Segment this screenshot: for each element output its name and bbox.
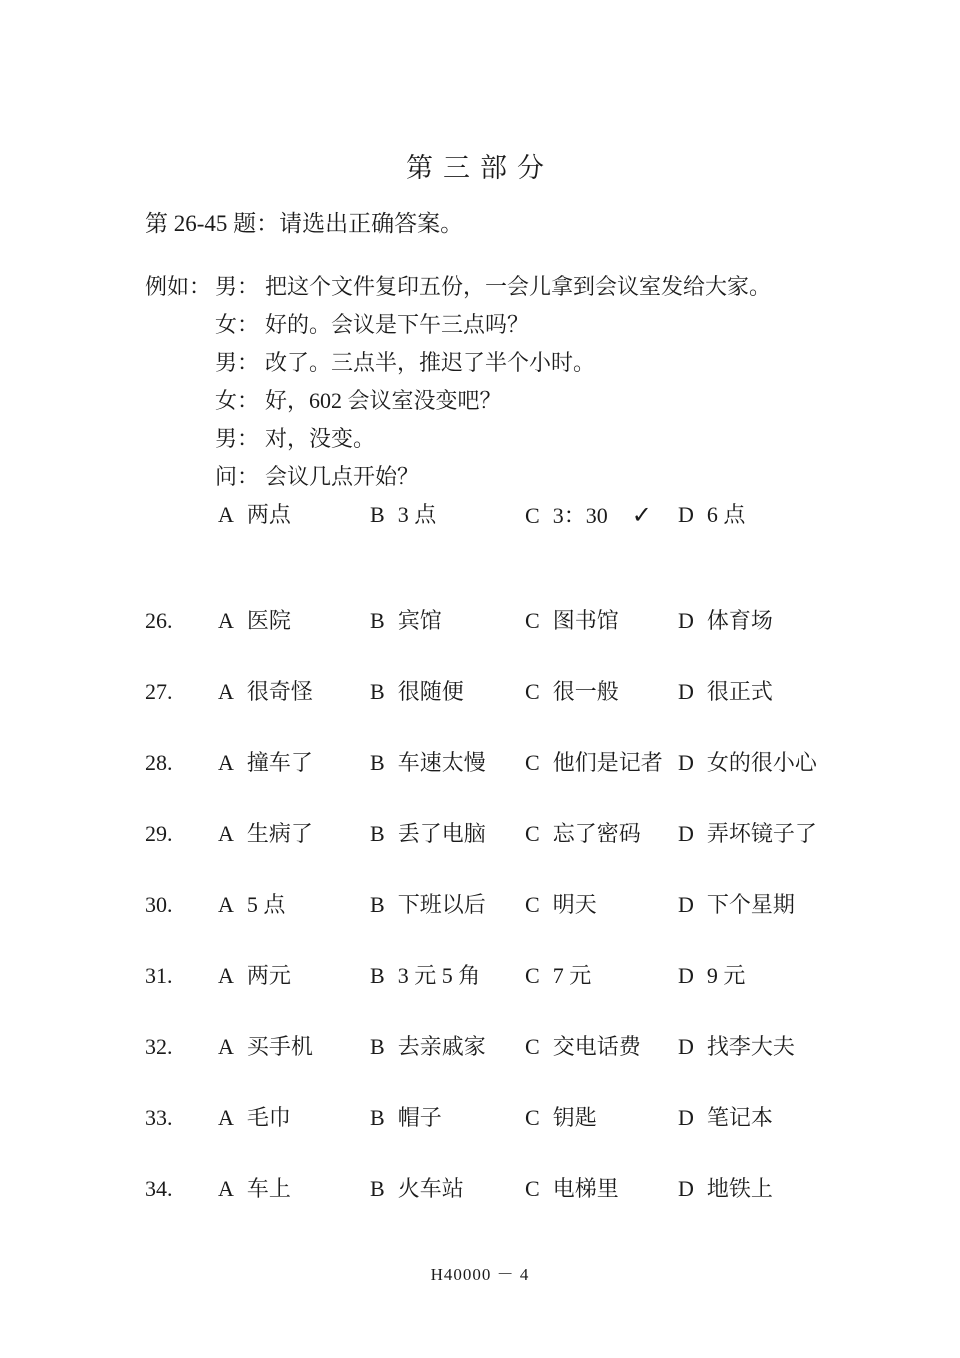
option-text: 下班以后 (398, 892, 486, 917)
option-text: 地铁上 (707, 1176, 773, 1201)
option-text: 下个星期 (707, 892, 795, 917)
option-text: 撞车了 (247, 750, 313, 775)
option-text: 医院 (247, 608, 291, 633)
question-number: 34. (145, 1174, 218, 1204)
question-row: 28. A撞车了 B车速太慢 C他们是记者 D女的很小心 (145, 748, 960, 778)
option-d: D很正式 (678, 677, 773, 707)
question-number: 29. (145, 819, 218, 849)
option-d: D笔记本 (678, 1103, 773, 1133)
option-letter: D (678, 502, 694, 527)
option-b: B去亲戚家 (370, 1032, 525, 1062)
dialogue-line: 问：会议几点开始？ (145, 458, 960, 496)
option-c: C交电话费 (525, 1032, 678, 1062)
option-text: 明天 (553, 892, 597, 917)
option-d: D找李大夫 (678, 1032, 795, 1062)
option-letter: D (678, 892, 694, 917)
option-d: D弄坏镜子了 (678, 819, 817, 849)
option-letter: D (678, 1176, 694, 1201)
option-a: A毛巾 (218, 1103, 370, 1133)
option-c: C电梯里 (525, 1174, 678, 1204)
option-text: 钥匙 (553, 1105, 597, 1130)
option-text: 两点 (247, 502, 291, 527)
example-block: 例如：男：把这个文件复印五份，一会儿拿到会议室发给大家。 女：好的。会议是下午三… (145, 268, 960, 535)
dialogue-text: 对，没变。 (265, 426, 375, 451)
option-text: 6 点 (707, 502, 746, 527)
option-c: C图书馆 (525, 606, 678, 636)
option-letter: A (218, 1034, 234, 1059)
option-c: C忘了密码 (525, 819, 678, 849)
option-text: 他们是记者 (553, 750, 663, 775)
option-text: 很一般 (553, 679, 619, 704)
option-letter: A (218, 821, 234, 846)
option-letter: C (525, 1105, 540, 1130)
option-a: A两点 (218, 496, 370, 535)
option-text: 体育场 (707, 608, 773, 633)
question-number: 31. (145, 961, 218, 991)
option-text: 5 点 (247, 892, 286, 917)
option-letter: C (525, 892, 540, 917)
question-row: 32. A买手机 B去亲戚家 C交电话费 D找李大夫 (145, 1032, 960, 1062)
option-text: 找李大夫 (707, 1034, 795, 1059)
option-b: B丢了电脑 (370, 819, 525, 849)
option-text: 笔记本 (707, 1105, 773, 1130)
option-text: 图书馆 (553, 608, 619, 633)
speaker-label: 男： (215, 426, 259, 451)
option-letter: B (370, 963, 385, 988)
option-text: 车上 (247, 1176, 291, 1201)
option-letter: B (370, 750, 385, 775)
option-text: 3 元 5 角 (398, 963, 481, 988)
option-letter: D (678, 963, 694, 988)
option-letter: B (370, 892, 385, 917)
option-letter: C (525, 750, 540, 775)
option-letter: A (218, 963, 234, 988)
dialogue-line: 女：好，602 会议室没变吧？ (145, 382, 960, 420)
option-b: B帽子 (370, 1103, 525, 1133)
option-text: 火车站 (398, 1176, 464, 1201)
question-row: 30. A5 点 B下班以后 C明天 D下个星期 (145, 890, 960, 920)
option-text: 生病了 (247, 821, 313, 846)
example-options-row: A两点 B3 点 C3：30✓ D6 点 (145, 496, 960, 535)
option-text: 两元 (247, 963, 291, 988)
question-row: 34. A车上 B火车站 C电梯里 D地铁上 (145, 1174, 960, 1204)
option-d: D9 元 (678, 961, 745, 991)
option-letter: C (525, 1176, 540, 1201)
option-letter: B (370, 679, 385, 704)
option-text: 3 点 (398, 502, 437, 527)
option-letter: D (678, 821, 694, 846)
option-text: 帽子 (398, 1105, 442, 1130)
question-row: 31. A两元 B3 元 5 角 C7 元 D9 元 (145, 961, 960, 991)
question-number: 32. (145, 1032, 218, 1062)
option-text: 很正式 (707, 679, 773, 704)
dialogue-text: 会议几点开始？ (265, 464, 419, 489)
option-letter: B (370, 608, 385, 633)
option-d: D下个星期 (678, 890, 795, 920)
option-a: A撞车了 (218, 748, 370, 778)
dialogue-line: 男：对，没变。 (145, 420, 960, 458)
speaker-label: 男： (215, 350, 259, 375)
option-letter: A (218, 608, 234, 633)
option-letter: A (218, 679, 234, 704)
option-c: C明天 (525, 890, 678, 920)
option-text: 丢了电脑 (398, 821, 486, 846)
option-a: A车上 (218, 1174, 370, 1204)
option-b: B3 元 5 角 (370, 961, 525, 991)
footer-page-code: H40000 － 4 (0, 1260, 960, 1285)
option-a: A两元 (218, 961, 370, 991)
option-letter: C (525, 821, 540, 846)
option-b: B3 点 (370, 496, 525, 535)
option-d: D地铁上 (678, 1174, 773, 1204)
option-letter: C (525, 1034, 540, 1059)
option-text: 很奇怪 (247, 679, 313, 704)
speaker-label: 女： (215, 312, 259, 337)
option-a: A买手机 (218, 1032, 370, 1062)
option-text: 毛巾 (247, 1105, 291, 1130)
option-a: A生病了 (218, 819, 370, 849)
option-c: C3：30✓ (525, 496, 678, 535)
option-a: A医院 (218, 606, 370, 636)
example-label: 例如： (145, 268, 215, 306)
option-text: 弄坏镜子了 (707, 821, 817, 846)
option-text: 去亲戚家 (398, 1034, 486, 1059)
question-number: 30. (145, 890, 218, 920)
question-row: 33. A毛巾 B帽子 C钥匙 D笔记本 (145, 1103, 960, 1133)
option-letter: C (525, 503, 540, 528)
option-text: 忘了密码 (553, 821, 641, 846)
question-row: 27. A很奇怪 B很随便 C很一般 D很正式 (145, 677, 960, 707)
option-text: 电梯里 (553, 1176, 619, 1201)
option-d: D体育场 (678, 606, 773, 636)
option-text: 9 元 (707, 963, 746, 988)
option-c: C很一般 (525, 677, 678, 707)
option-letter: C (525, 679, 540, 704)
option-b: B宾馆 (370, 606, 525, 636)
speaker-label: 女： (215, 388, 259, 413)
question-row: 26. A医院 B宾馆 C图书馆 D体育场 (145, 606, 960, 636)
dialogue-text: 好的。会议是下午三点吗？ (265, 312, 529, 337)
question-number: 28. (145, 748, 218, 778)
option-letter: A (218, 750, 234, 775)
option-letter: A (218, 1176, 234, 1201)
option-letter: B (370, 502, 385, 527)
option-b: B很随便 (370, 677, 525, 707)
instructions: 第 26-45 题：请选出正确答案。 (145, 205, 960, 238)
option-c: C钥匙 (525, 1103, 678, 1133)
option-b: B下班以后 (370, 890, 525, 920)
speaker-label: 问： (215, 464, 259, 489)
option-text: 7 元 (553, 963, 592, 988)
dialogue-line: 例如：男：把这个文件复印五份，一会儿拿到会议室发给大家。 (145, 268, 960, 306)
option-text: 车速太慢 (398, 750, 486, 775)
correct-answer-checkmark: ✓ (632, 501, 652, 529)
dialogue-line: 女：好的。会议是下午三点吗？ (145, 306, 960, 344)
option-d: D6 点 (678, 496, 745, 535)
option-letter: B (370, 1034, 385, 1059)
section-title: 第三部分 (0, 0, 960, 185)
dialogue-text: 把这个文件复印五份，一会儿拿到会议室发给大家。 (265, 274, 771, 299)
option-text: 宾馆 (398, 608, 442, 633)
option-letter: A (218, 502, 234, 527)
option-letter: B (370, 821, 385, 846)
question-number: 27. (145, 677, 218, 707)
option-b: B火车站 (370, 1174, 525, 1204)
option-letter: D (678, 1034, 694, 1059)
option-letter: D (678, 1105, 694, 1130)
option-letter: D (678, 608, 694, 633)
option-text: 交电话费 (553, 1034, 641, 1059)
option-d: D女的很小心 (678, 748, 817, 778)
option-text: 很随便 (398, 679, 464, 704)
option-letter: B (370, 1176, 385, 1201)
option-text: 女的很小心 (707, 750, 817, 775)
option-a: A5 点 (218, 890, 370, 920)
dialogue-line: 男：改了。三点半，推迟了半个小时。 (145, 344, 960, 382)
option-letter: D (678, 679, 694, 704)
question-number: 26. (145, 606, 218, 636)
option-c: C他们是记者 (525, 748, 678, 778)
question-number: 33. (145, 1103, 218, 1133)
option-text: 3：30 (553, 503, 608, 528)
question-row: 29. A生病了 B丢了电脑 C忘了密码 D弄坏镜子了 (145, 819, 960, 849)
option-c: C7 元 (525, 961, 678, 991)
dialogue-text: 改了。三点半，推迟了半个小时。 (265, 350, 595, 375)
option-letter: A (218, 1105, 234, 1130)
option-a: A很奇怪 (218, 677, 370, 707)
option-b: B车速太慢 (370, 748, 525, 778)
option-letter: D (678, 750, 694, 775)
row-spacer (145, 496, 218, 535)
option-letter: C (525, 608, 540, 633)
speaker-label: 男： (215, 274, 259, 299)
exam-page: 第三部分 第 26-45 题：请选出正确答案。 例如：男：把这个文件复印五份，一… (0, 0, 960, 1358)
option-letter: A (218, 892, 234, 917)
dialogue-text: 好，602 会议室没变吧？ (265, 388, 502, 413)
option-text: 买手机 (247, 1034, 313, 1059)
questions-list: 26. A医院 B宾馆 C图书馆 D体育场 27. A很奇怪 B很随便 C很一般… (145, 606, 960, 1204)
option-letter: B (370, 1105, 385, 1130)
option-letter: C (525, 963, 540, 988)
